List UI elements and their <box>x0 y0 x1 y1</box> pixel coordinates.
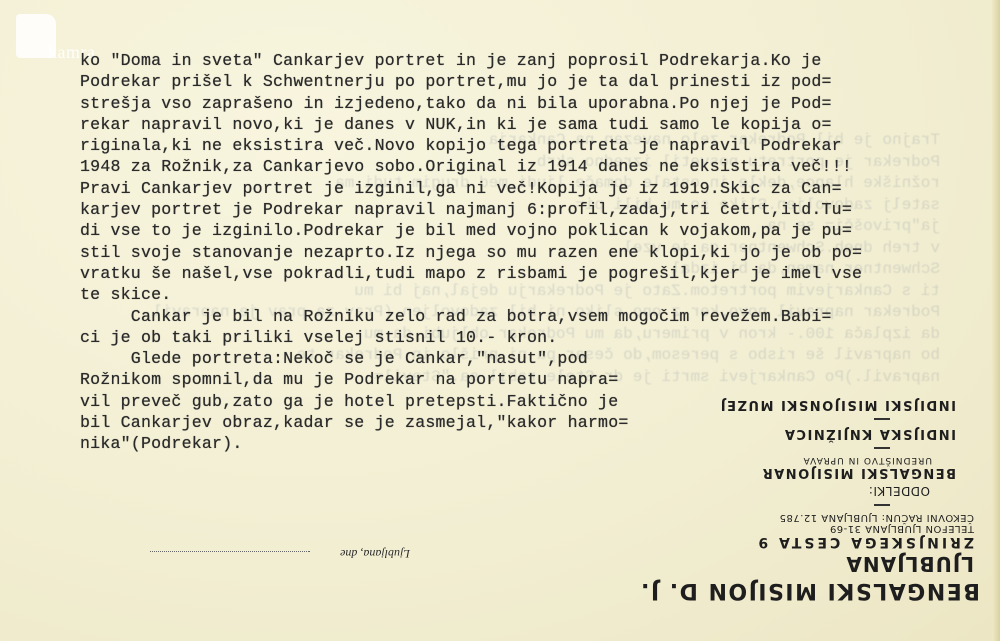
text-line: strešja vso zaprašeno in izjedeno,tako d… <box>80 93 862 114</box>
document-page: kamra Trajno je bil Podrekar zelo naveza… <box>0 0 1000 641</box>
text-line: riginala,ki ne eksistira več.Novo kopijo… <box>80 135 862 156</box>
letterhead-unit: BENGALSKI MISIJONAR <box>690 465 980 480</box>
letterhead-phone: TELEFON LJUBLJANA 31-69 <box>690 523 980 534</box>
text-line: rekar napravil novo,ki je danes v NUK,in… <box>80 114 862 135</box>
text-line: Pravi Cankarjev portret je izginil,ga ni… <box>80 178 862 199</box>
text-line: Cankar je bil na Rožniku zelo rad za bot… <box>80 306 862 327</box>
text-line: Podrekar prišel k Schwentnerju po portre… <box>80 71 862 92</box>
text-line: di vse to je izginilo.Podrekar je bil me… <box>80 220 862 241</box>
letterhead-unit: INDIJSKI MISIJONSKI MUZEJ <box>690 397 980 412</box>
divider <box>874 418 890 420</box>
dateline-inverted: Ljubljana, dne <box>150 545 410 561</box>
text-line: vratku še našel,vse pokradli,tudi mapo z… <box>80 263 862 284</box>
letterhead-account: ČEKOVNI RAČUN: LJUBLJANA 12.785 <box>690 512 980 523</box>
paper-edge <box>992 0 1000 641</box>
letterhead-unit: INDIJSKA KNJIŽNICA <box>690 426 980 441</box>
text-line: ko "Doma in sveta" Cankarjev portret in … <box>80 50 862 71</box>
letterhead-city: LJUBLJANA <box>690 552 980 576</box>
dateline-dotted-rule <box>150 551 310 552</box>
text-line: karjev portret je Podrekar napravil najm… <box>80 199 862 220</box>
text-line: stil svoje stanovanje nezaprto.Iz njega … <box>80 242 862 263</box>
text-line: te skice. <box>80 284 862 305</box>
text-line: 1948 za Rožnik,za Cankarjevo sobo.Origin… <box>80 156 862 177</box>
letterhead-departments-label: ODDELKI: <box>690 484 980 498</box>
text-line: ci je ob taki priliki vselej stisnil 10.… <box>80 327 862 348</box>
divider <box>874 447 890 449</box>
dateline-label: Ljubljana, dne <box>340 546 410 561</box>
letterhead-street: ZRINJSKEGA CESTA 9 <box>690 534 980 550</box>
letterhead-inverted: BENGALSKI MISIJON D. J. LJUBLJANA ZRINJS… <box>690 363 980 603</box>
divider <box>874 504 890 506</box>
letterhead-title: BENGALSKI MISIJON D. J. <box>690 578 980 603</box>
letterhead-unit-sub: UREDNIŠTVO IN UPRAVA <box>690 455 980 465</box>
